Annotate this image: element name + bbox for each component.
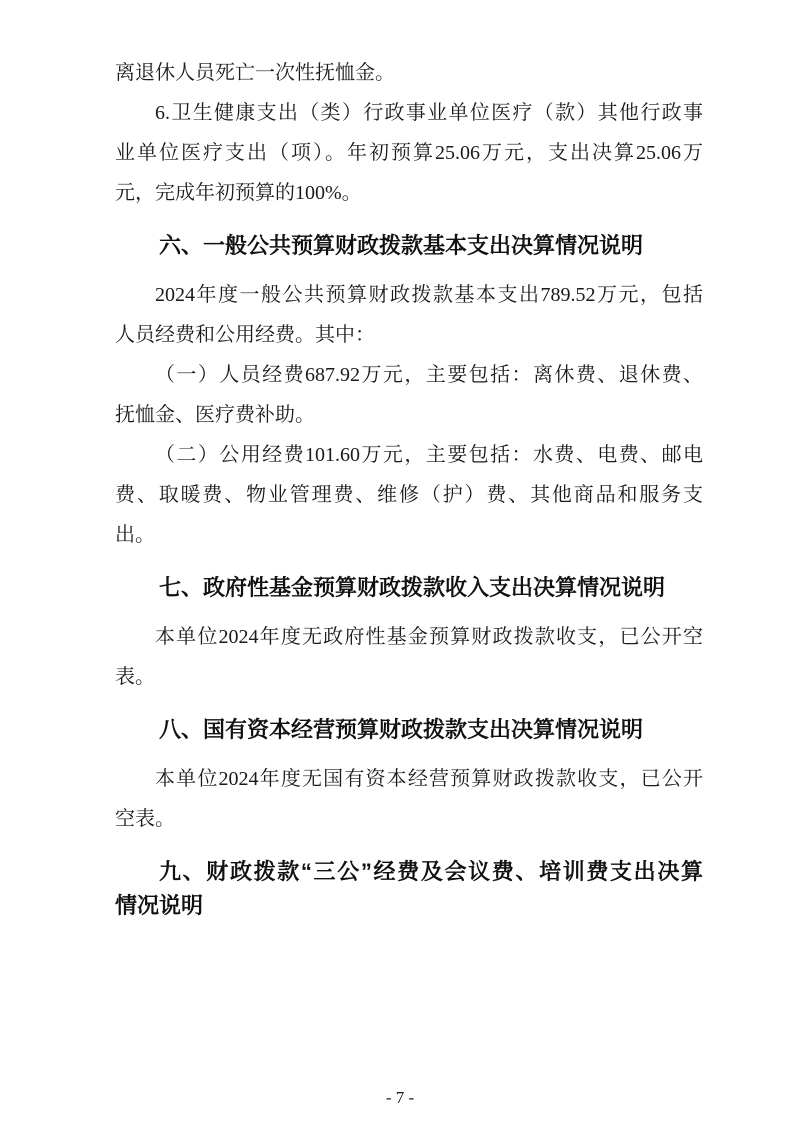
paragraph-line: 业单位医疗支出（项）。年初预算25.06万元，支出决算25.06万 [115,133,703,173]
paragraph-line: 人员经费和公用经费。其中： [115,315,703,355]
paragraph-line: （二）公用经费101.60万元，主要包括：水费、电费、邮电 [115,435,703,475]
paragraph-line: （一）人员经费687.92万元，主要包括：离休费、退休费、 [115,355,703,395]
paragraph-line: 本单位2024年度无国有资本经营预算财政拨款收支，已公开 [115,759,703,799]
paragraph-line: 元，完成年初预算的100%。 [115,173,703,213]
document-page: 离退休人员死亡一次性抚恤金。 6.卫生健康支出（类）行政事业单位医疗（款）其他行… [0,0,800,1131]
section-heading-six: 六、一般公共预算财政拨款基本支出决算情况说明 [115,229,703,263]
paragraph-line: 2024年度一般公共预算财政拨款基本支出789.52万元，包括 [115,275,703,315]
paragraph: 本单位2024年度无国有资本经营预算财政拨款收支，已公开 空表。 [115,759,703,839]
section-heading-text: 八、国有资本经营预算财政拨款支出决算情况说明 [115,713,703,747]
section-heading-text: 六、一般公共预算财政拨款基本支出决算情况说明 [115,229,703,263]
section-heading-nine: 九、财政拨款“三公”经费及会议费、培训费支出决算 情况说明 [115,855,703,923]
paragraph-line: 6.卫生健康支出（类）行政事业单位医疗（款）其他行政事 [115,93,703,133]
paragraph-line: 出。 [115,515,703,555]
section-heading-seven: 七、政府性基金预算财政拨款收入支出决算情况说明 [115,571,703,605]
paragraph: 本单位2024年度无政府性基金预算财政拨款收支，已公开空 表。 [115,617,703,697]
paragraph-line: 表。 [115,657,703,697]
paragraph: 离退休人员死亡一次性抚恤金。 [115,53,703,93]
section-heading-eight: 八、国有资本经营预算财政拨款支出决算情况说明 [115,713,703,747]
paragraph: （二）公用经费101.60万元，主要包括：水费、电费、邮电 费、取暖费、物业管理… [115,435,703,555]
paragraph-line: 费、取暖费、物业管理费、维修（护）费、其他商品和服务支 [115,475,703,515]
paragraph-line: 离退休人员死亡一次性抚恤金。 [115,53,703,93]
paragraph: 6.卫生健康支出（类）行政事业单位医疗（款）其他行政事 业单位医疗支出（项）。年… [115,93,703,213]
section-heading-text: 九、财政拨款“三公”经费及会议费、培训费支出决算 [115,855,703,889]
page-number: - 7 - [0,1088,800,1108]
paragraph: 2024年度一般公共预算财政拨款基本支出789.52万元，包括 人员经费和公用经… [115,275,703,355]
paragraph-line: 空表。 [115,799,703,839]
section-heading-text: 七、政府性基金预算财政拨款收入支出决算情况说明 [115,571,703,605]
paragraph-line: 本单位2024年度无政府性基金预算财政拨款收支，已公开空 [115,617,703,657]
paragraph: （一）人员经费687.92万元，主要包括：离休费、退休费、 抚恤金、医疗费补助。 [115,355,703,435]
section-heading-text: 情况说明 [115,889,703,923]
paragraph-line: 抚恤金、医疗费补助。 [115,395,703,435]
